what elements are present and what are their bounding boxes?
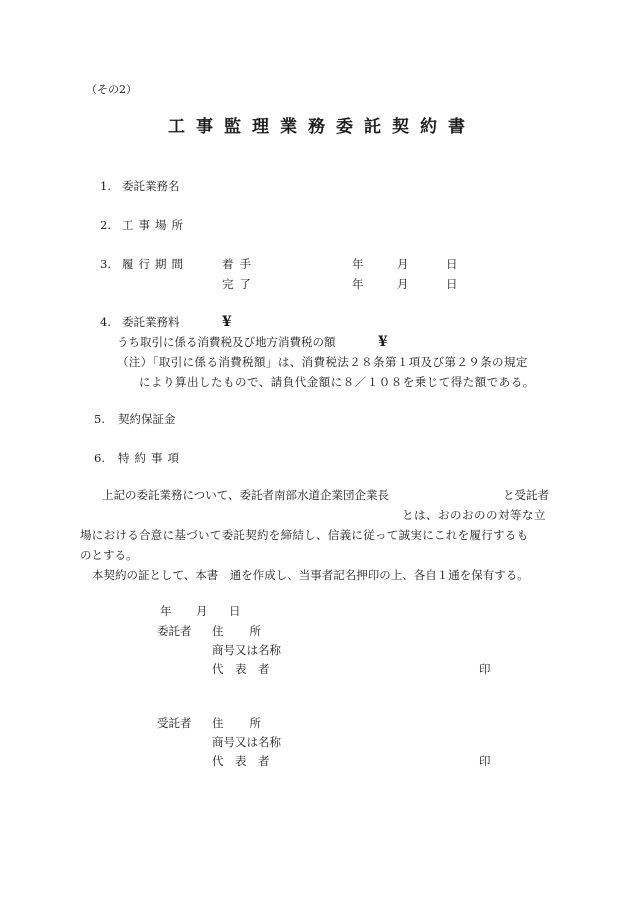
fee-yen-symbol: ¥ [222, 315, 232, 329]
item-contract-deposit: 5.契約保証金 [94, 414, 176, 426]
contractor-name-label: 商号又は名称 [212, 737, 281, 749]
period-end-month: 月 [397, 279, 409, 291]
item-special-terms: 6.特約事項 [94, 453, 184, 465]
period-end-day: 日 [446, 279, 458, 291]
consignor-name-label: 商号又は名称 [212, 645, 281, 657]
period-end-label: 完了 [222, 279, 257, 291]
item-number: 3. [100, 259, 122, 271]
item-performance-period: 3.履行期間 [100, 259, 188, 271]
item-number: 1. [100, 181, 122, 193]
body-line3: 場における合意に基づいて委託契約を締結し、信義に従って誠実にこれを履行するも [80, 530, 528, 542]
item-business-name: 1.委託業務名 [100, 181, 180, 193]
item-number: 6. [94, 453, 118, 465]
period-start-year: 年 [352, 259, 364, 271]
tax-note-line1: （注）「取引に係る消費税額」は、消費税法２８条第１項及び第２９条の規定 [117, 357, 528, 369]
period-end-year: 年 [352, 279, 364, 291]
item-label: 契約保証金 [118, 412, 176, 426]
item-number: 4. [100, 317, 122, 329]
body-line1-left: 上記の委託業務について、委託者南部水道企業団企業長 [102, 490, 389, 502]
item-fee: 4.委託業務料 [100, 317, 180, 329]
period-start-day: 日 [446, 259, 458, 271]
consignor-seal-mark: 印 [479, 664, 491, 676]
period-start-label: 着手 [222, 259, 257, 271]
period-start-month: 月 [397, 259, 409, 271]
consignor-role: 委託者 [157, 626, 192, 638]
item-label: 委託業務名 [122, 179, 180, 193]
item-label: 工事場所 [122, 218, 188, 232]
item-label: 履行期間 [122, 257, 188, 271]
document-subtitle: （その2） [86, 84, 137, 95]
tax-note-line2: により算出したもので、請負代金額に８／１０８を乗じて得た額である。 [139, 377, 535, 389]
body-line1-right: と受託者 [503, 490, 549, 502]
body-line4: のとする。 [80, 550, 138, 562]
contractor-representative-label: 代 表 者 [212, 756, 270, 768]
document-title: 工事監理業務委託契約書 [168, 119, 476, 136]
item-label: 特約事項 [118, 451, 184, 465]
contract-date-day: 日 [229, 606, 241, 618]
item-label: 委託業務料 [122, 315, 180, 329]
body-line2: とは、おのおのの対等な立 [402, 510, 546, 522]
contract-date-year: 年 [160, 606, 172, 618]
body-line5: 本契約の証として、本書 通を作成し、当事者記名押印の上、各自１通を保有する。 [92, 570, 529, 582]
item-number: 5. [94, 414, 118, 426]
consignor-address-label: 住 所 [212, 626, 262, 638]
contract-date-month: 月 [196, 606, 208, 618]
item-construction-site: 2.工事場所 [100, 220, 188, 232]
consignor-representative-label: 代 表 者 [212, 664, 270, 676]
item-number: 2. [100, 220, 122, 232]
tax-yen-symbol: ¥ [378, 335, 388, 349]
contractor-role: 受託者 [157, 718, 192, 730]
contractor-seal-mark: 印 [479, 756, 491, 768]
contractor-address-label: 住 所 [212, 718, 262, 730]
tax-amount-label: うち取引に係る消費税及び地方消費税の額 [117, 337, 336, 349]
